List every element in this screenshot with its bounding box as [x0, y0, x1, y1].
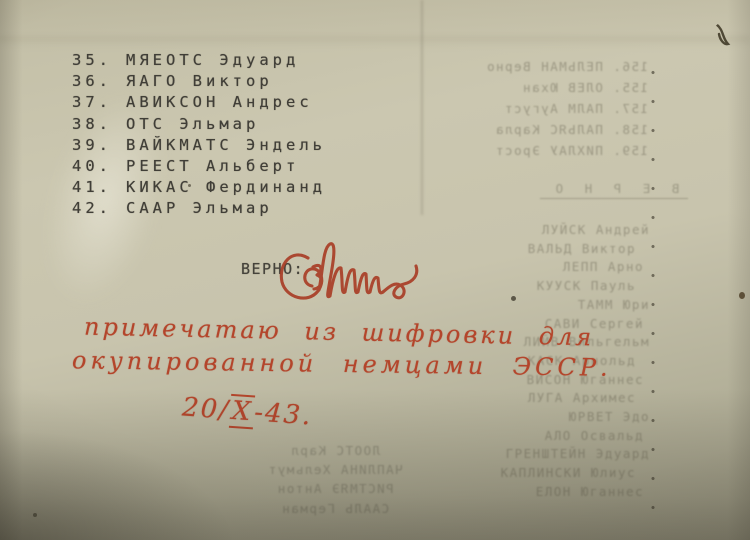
bleedthrough-line: 155. ОЛЕВ Юхан	[488, 77, 648, 98]
ink-mark-top-right	[712, 22, 736, 50]
list-item: 35.МЯЕОТС Эдуард	[72, 50, 326, 71]
list-number: 39.	[72, 135, 126, 156]
date-year: -43.	[253, 398, 313, 432]
bleedthrough-line: 156. ПЕЛЬМАН Верно	[488, 56, 648, 77]
list-item: 38.ОТС Эльмар	[72, 114, 326, 135]
list-name: СААР Эльмар	[126, 198, 273, 219]
bleedthrough-line: ЛУГА Архимес	[462, 389, 650, 408]
bleedthrough-line: 158. ПАЛЬЯС Карла	[488, 119, 648, 140]
bleedthrough-heading: В Е Р Н О	[540, 181, 688, 199]
date-day: 20/	[181, 392, 231, 425]
bleedthrough-line: 157. ПАЛМ Аугуст	[488, 98, 648, 119]
list-item: 36.ЯАГО Виктор	[72, 71, 326, 92]
list-name: КИКАС Фердинанд	[126, 177, 326, 198]
bleedthrough-line: ТАММ Юри	[462, 296, 650, 315]
name-list: 35.МЯЕОТС Эдуард 36.ЯАГО Виктор 37.АВИКС…	[72, 50, 326, 220]
list-name: МЯЕОТС Эдуард	[126, 50, 299, 71]
date-month-roman: X	[229, 394, 256, 430]
paper-crease-horizontal	[0, 36, 750, 46]
list-item: 37.АВИКСОН Андрес	[72, 92, 326, 113]
bleedthrough-line: РИСТМЯЭ Антон	[140, 479, 530, 498]
list-number: 42.	[72, 198, 126, 219]
paper-speck	[739, 292, 745, 299]
list-item: 39.ВАЙКМАТС Эндель	[72, 135, 326, 156]
paper-speck	[511, 296, 516, 301]
bleedthrough-line: КУУСК Пауль	[462, 277, 650, 296]
bleedthrough-line: ЧАПЛИНА Хельмут	[140, 460, 530, 479]
list-number: 35.	[72, 50, 126, 71]
bleedthrough-top-list: 156. ПЕЛЬМАН Верно 155. ОЛЕВ Юхан 157. П…	[488, 56, 648, 161]
paper-crease-vertical	[421, 0, 423, 215]
list-name: ОТС Эльмар	[126, 114, 259, 135]
bleedthrough-line: ЛЕПП Арно	[462, 258, 650, 277]
bleedthrough-line: СААЛЬ Герман	[140, 499, 530, 518]
bleedthrough-line: ЮРВЕТ Эдо	[462, 408, 650, 427]
bleedthrough-line: ЛООТС Карл	[140, 441, 530, 460]
list-number: 41.	[72, 177, 126, 198]
list-item: 41.КИКАС Фердинанд	[72, 177, 326, 198]
list-number: 38.	[72, 114, 126, 135]
bleedthrough-line: 159. ПИХЛАУ Эрост	[488, 140, 648, 161]
bleedthrough-bottom-list: ЛООТС Карл ЧАПЛИНА Хельмут РИСТМЯЭ Антон…	[140, 441, 530, 518]
list-name: РЕЕСТ Альберт	[126, 156, 299, 177]
list-number: 40.	[72, 156, 126, 177]
bleedthrough-line: ВАЛЬД Виктор	[462, 240, 650, 259]
list-name: ВАЙКМАТС Эндель	[126, 135, 326, 156]
bleedthrough-dot-leaders	[650, 58, 656, 510]
paper-speck	[188, 184, 191, 187]
handwritten-date: 20/X-43.	[181, 392, 313, 431]
list-number: 37.	[72, 92, 126, 113]
list-item: 40.РЕЕСТ Альберт	[72, 156, 326, 177]
list-number: 36.	[72, 71, 126, 92]
bleedthrough-line: ЛУЙСК Андрей	[462, 221, 650, 240]
red-signature	[272, 234, 432, 319]
list-name: АВИКСОН Андрес	[126, 92, 313, 113]
paper-speck	[33, 513, 37, 517]
document-photo: 156. ПЕЛЬМАН Верно 155. ОЛЕВ Юхан 157. П…	[0, 0, 750, 540]
list-item: 42.СААР Эльмар	[72, 198, 326, 219]
list-name: ЯАГО Виктор	[126, 71, 273, 92]
